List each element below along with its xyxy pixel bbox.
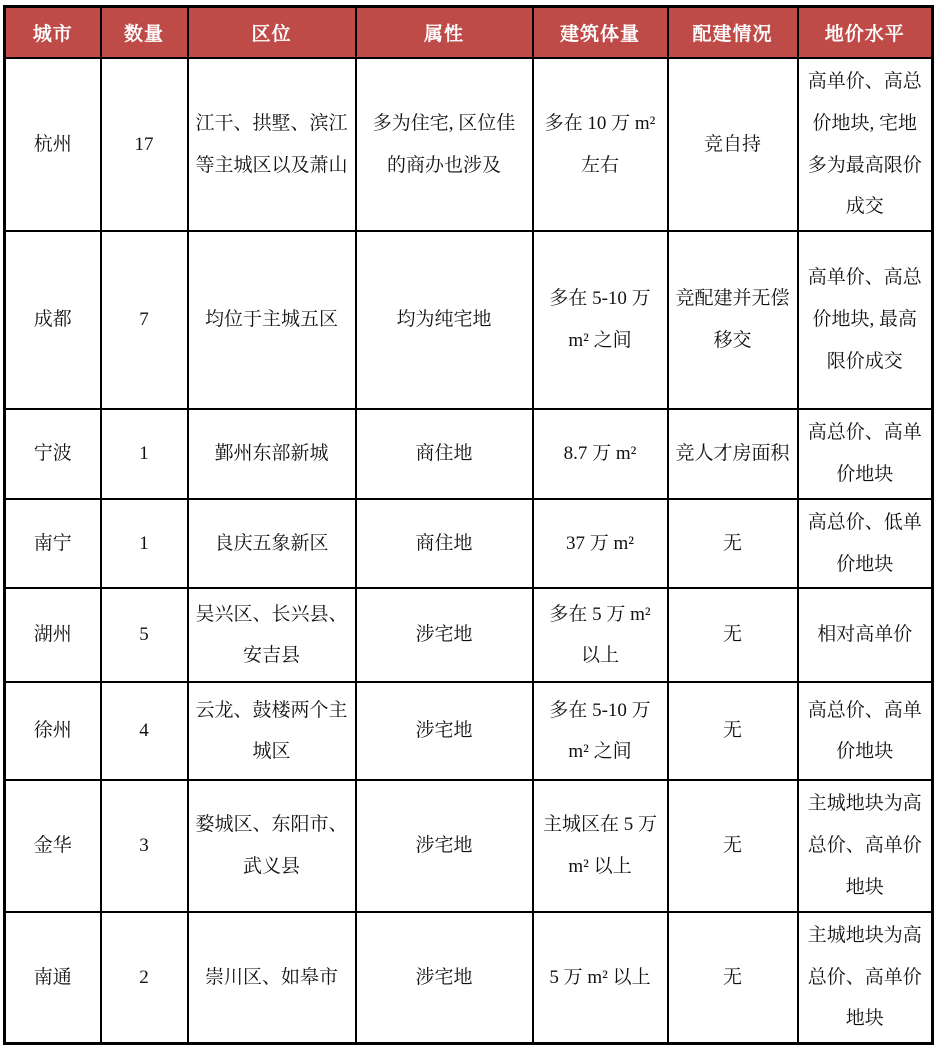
- cell-location: 吴兴区、长兴县、安吉县: [188, 588, 356, 682]
- cell-land-price-level: 主城地块为高总价、高单价地块: [798, 780, 933, 911]
- col-header-location: 区位: [188, 7, 356, 59]
- cell-land-price-level: 高总价、高单价地块: [798, 409, 933, 499]
- cell-building-volume: 多在 10 万 m²左右: [533, 58, 668, 231]
- cell-city: 金华: [5, 780, 101, 911]
- cell-building-volume: 主城区在 5 万 m² 以上: [533, 780, 668, 911]
- table-row-ningbo: 宁波 1 鄞州东部新城 商住地 8.7 万 m² 竞人才房面积 高总价、高单价地…: [5, 409, 933, 499]
- cell-attribute: 多为住宅, 区位佳的商办也涉及: [356, 58, 533, 231]
- table-row-huzhou: 湖州 5 吴兴区、长兴县、安吉县 涉宅地 多在 5 万 m² 以上 无 相对高单…: [5, 588, 933, 682]
- cell-city: 南宁: [5, 499, 101, 589]
- cell-building-volume: 8.7 万 m²: [533, 409, 668, 499]
- cell-count: 1: [101, 409, 188, 499]
- cell-attribute: 涉宅地: [356, 780, 533, 911]
- document-page: 城市 数量 区位 属性 建筑体量 配建情况 地价水平 杭州 17 江干、拱墅、滨…: [0, 0, 934, 1026]
- cell-allocation: 竞人才房面积: [668, 409, 798, 499]
- col-header-city: 城市: [5, 7, 101, 59]
- cell-allocation: 竞自持: [668, 58, 798, 231]
- cell-location: 云龙、鼓楼两个主城区: [188, 682, 356, 780]
- table-row-chengdu: 成都 7 均位于主城五区 均为纯宅地 多在 5-10 万 m² 之间 竞配建并无…: [5, 231, 933, 409]
- cell-attribute: 商住地: [356, 499, 533, 589]
- cell-building-volume: 5 万 m² 以上: [533, 912, 668, 1044]
- cell-attribute: 涉宅地: [356, 682, 533, 780]
- col-header-land-price-level: 地价水平: [798, 7, 933, 59]
- cell-location: 均位于主城五区: [188, 231, 356, 409]
- cell-count: 7: [101, 231, 188, 409]
- cell-attribute: 涉宅地: [356, 912, 533, 1044]
- cell-city: 徐州: [5, 682, 101, 780]
- cell-allocation: 无: [668, 588, 798, 682]
- cell-city: 湖州: [5, 588, 101, 682]
- cell-allocation: 无: [668, 780, 798, 911]
- cell-allocation: 无: [668, 682, 798, 780]
- table-row-jinhua: 金华 3 婺城区、东阳市、武义县 涉宅地 主城区在 5 万 m² 以上 无 主城…: [5, 780, 933, 911]
- cell-attribute: 均为纯宅地: [356, 231, 533, 409]
- cell-count: 17: [101, 58, 188, 231]
- cell-land-price-level: 主城地块为高总价、高单价地块: [798, 912, 933, 1044]
- table-row-nanning: 南宁 1 良庆五象新区 商住地 37 万 m² 无 高总价、低单价地块: [5, 499, 933, 589]
- cell-count: 5: [101, 588, 188, 682]
- cell-building-volume: 多在 5-10 万 m² 之间: [533, 682, 668, 780]
- col-header-attribute: 属性: [356, 7, 533, 59]
- cell-attribute: 商住地: [356, 409, 533, 499]
- cell-building-volume: 多在 5-10 万 m² 之间: [533, 231, 668, 409]
- cell-land-price-level: 高总价、高单价地块: [798, 682, 933, 780]
- cell-land-price-level: 高单价、高总价地块, 最高限价成交: [798, 231, 933, 409]
- col-header-building-volume: 建筑体量: [533, 7, 668, 59]
- cell-city: 成都: [5, 231, 101, 409]
- cell-allocation: 竞配建并无偿移交: [668, 231, 798, 409]
- cell-city: 南通: [5, 912, 101, 1044]
- cell-attribute: 涉宅地: [356, 588, 533, 682]
- cell-land-price-level: 高总价、低单价地块: [798, 499, 933, 589]
- cell-location: 婺城区、东阳市、武义县: [188, 780, 356, 911]
- col-header-allocation: 配建情况: [668, 7, 798, 59]
- cell-city: 宁波: [5, 409, 101, 499]
- cell-allocation: 无: [668, 912, 798, 1044]
- cell-count: 2: [101, 912, 188, 1044]
- cell-city: 杭州: [5, 58, 101, 231]
- cell-building-volume: 37 万 m²: [533, 499, 668, 589]
- cell-count: 4: [101, 682, 188, 780]
- table-row-nantong: 南通 2 崇川区、如皋市 涉宅地 5 万 m² 以上 无 主城地块为高总价、高单…: [5, 912, 933, 1044]
- col-header-count: 数量: [101, 7, 188, 59]
- cell-allocation: 无: [668, 499, 798, 589]
- cell-location: 良庆五象新区: [188, 499, 356, 589]
- table-row-hangzhou: 杭州 17 江干、拱墅、滨江等主城区以及萧山 多为住宅, 区位佳的商办也涉及 多…: [5, 58, 933, 231]
- cell-count: 1: [101, 499, 188, 589]
- cell-count: 3: [101, 780, 188, 911]
- cell-location: 鄞州东部新城: [188, 409, 356, 499]
- cell-building-volume: 多在 5 万 m² 以上: [533, 588, 668, 682]
- city-land-supply-table: 城市 数量 区位 属性 建筑体量 配建情况 地价水平 杭州 17 江干、拱墅、滨…: [3, 5, 934, 1045]
- cell-land-price-level: 相对高单价: [798, 588, 933, 682]
- cell-land-price-level: 高单价、高总价地块, 宅地多为最高限价成交: [798, 58, 933, 231]
- header-row: 城市 数量 区位 属性 建筑体量 配建情况 地价水平: [5, 7, 933, 59]
- cell-location: 江干、拱墅、滨江等主城区以及萧山: [188, 58, 356, 231]
- table-row-xuzhou: 徐州 4 云龙、鼓楼两个主城区 涉宅地 多在 5-10 万 m² 之间 无 高总…: [5, 682, 933, 780]
- cell-location: 崇川区、如皋市: [188, 912, 356, 1044]
